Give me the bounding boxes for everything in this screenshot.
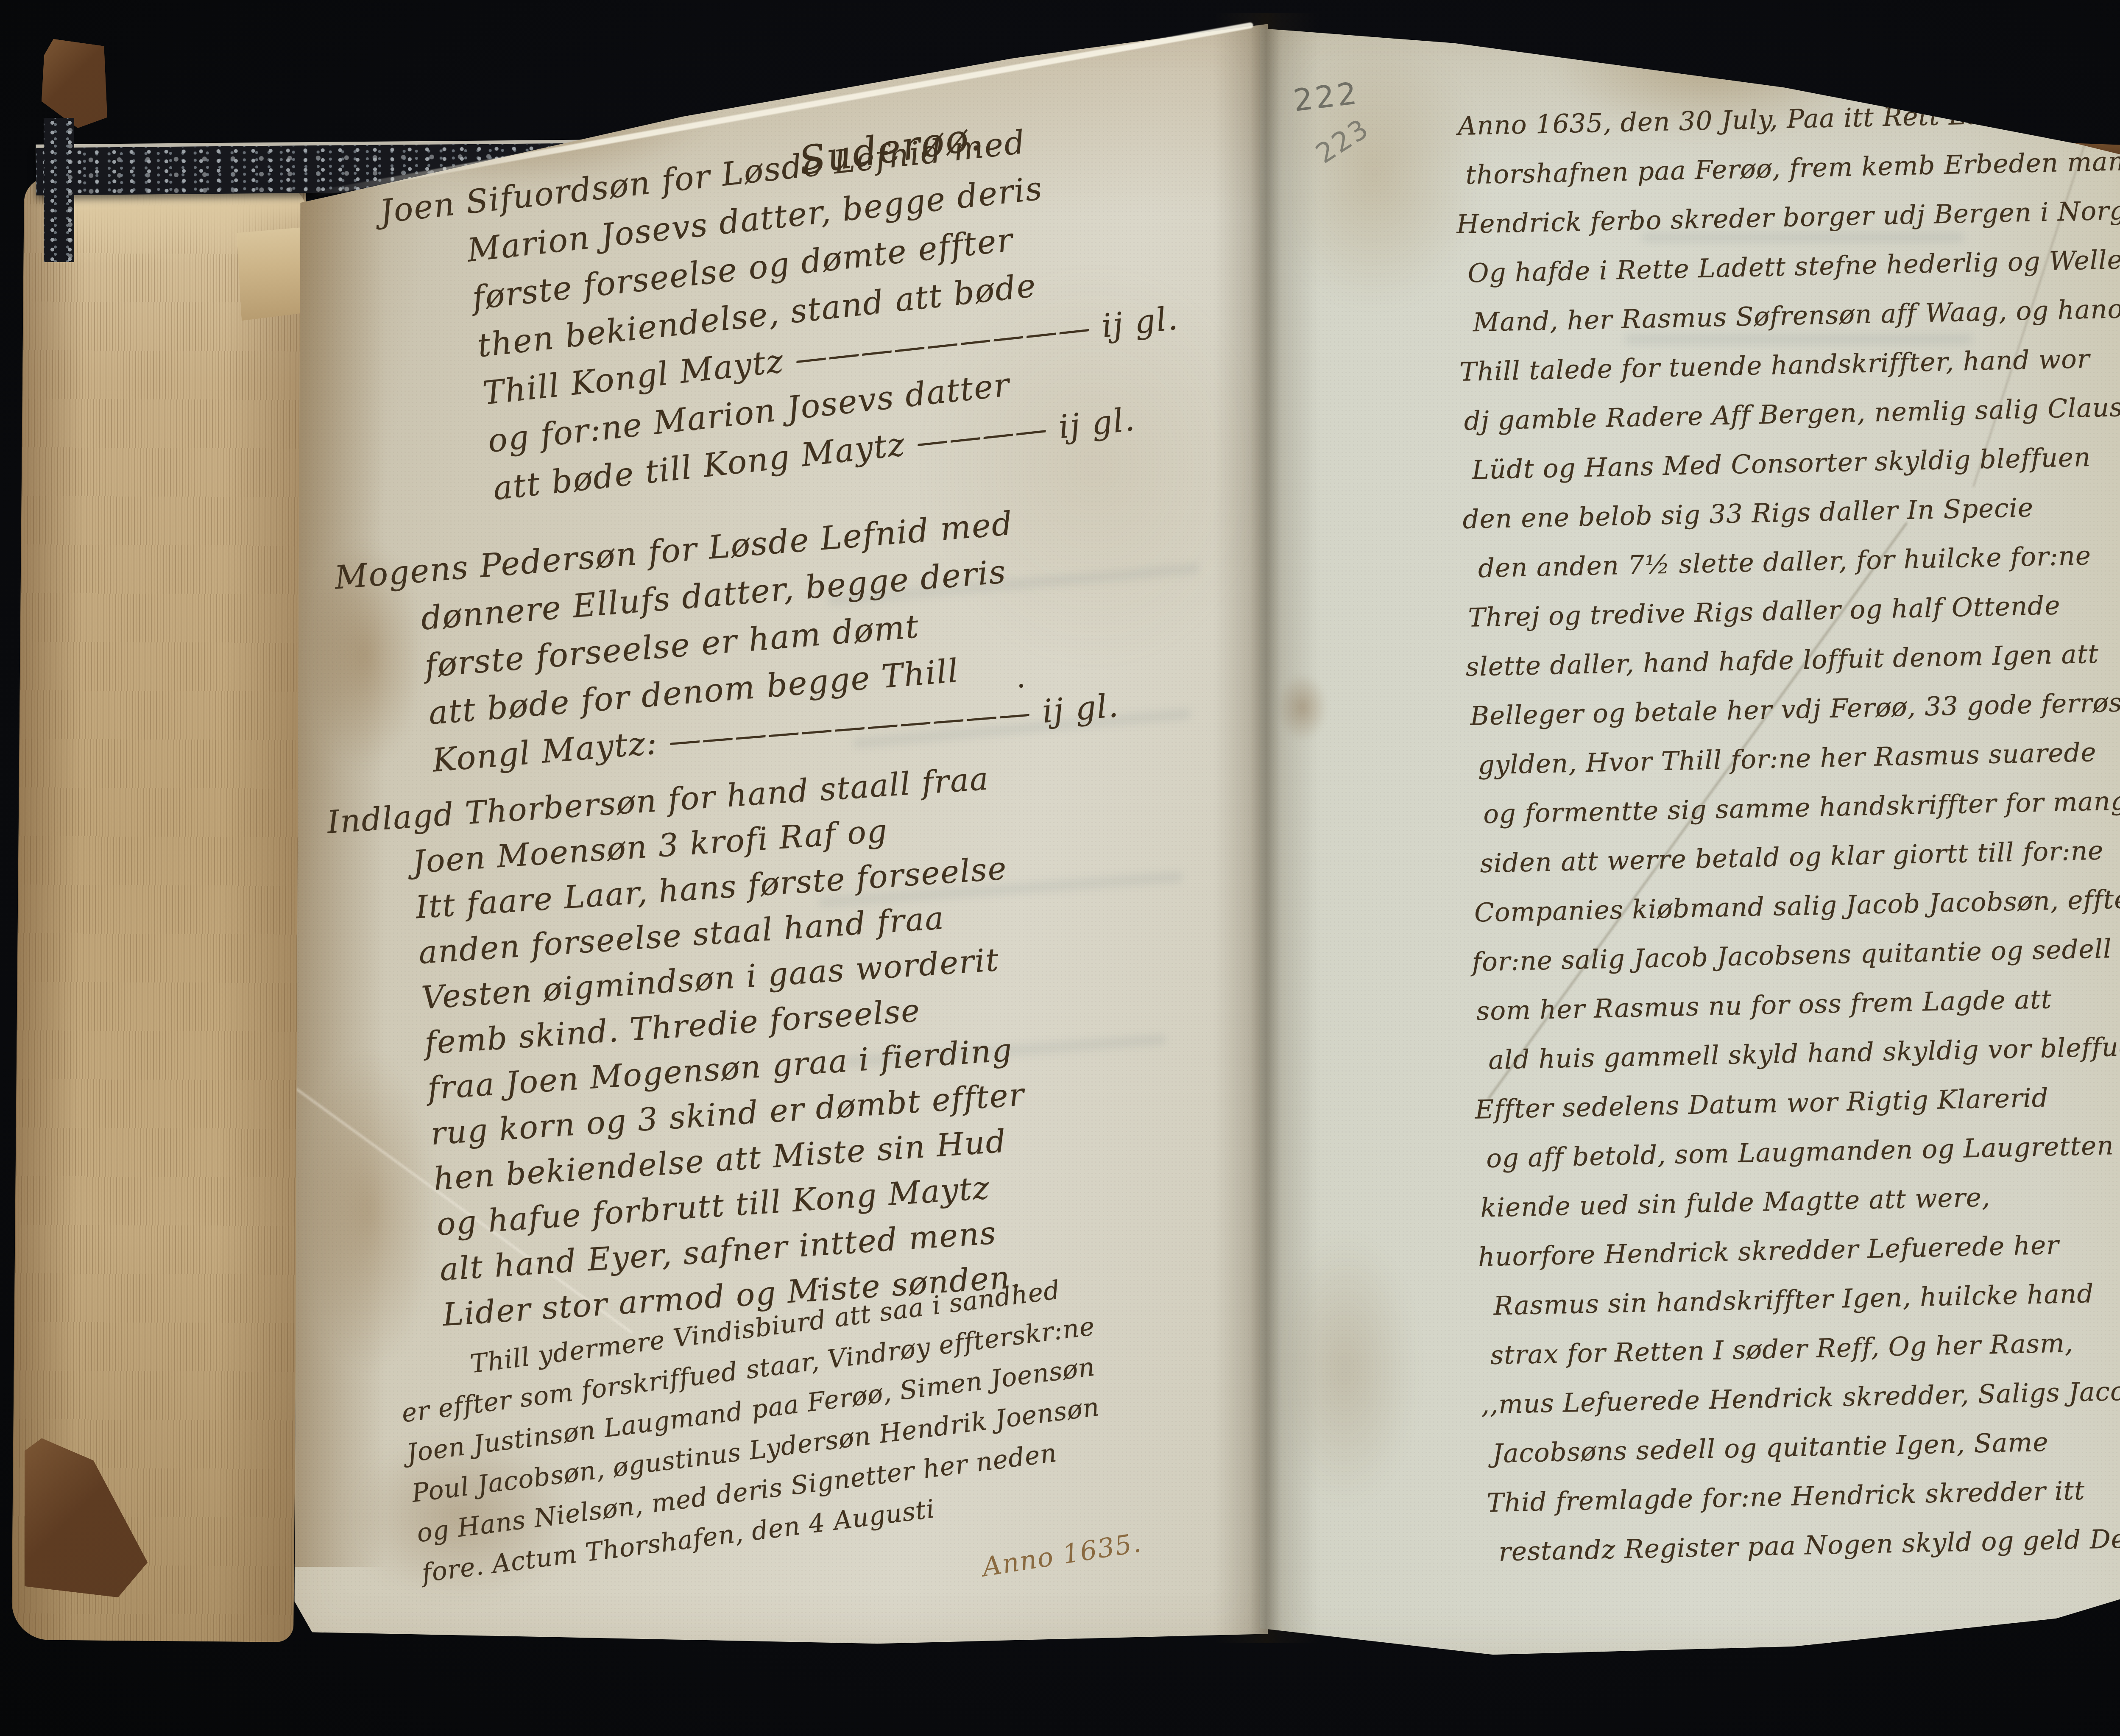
right-page: 222 223 Anno 1635, den 30 July, Paa itt …	[1260, 12, 2120, 1658]
manuscript-line: then bekiendelse, stand att bøde	[475, 246, 1175, 369]
manuscript-line: Anno 1635, den 30 July, Paa itt Rett Lau…	[1457, 86, 2120, 151]
court-entry-3: Indlagd Thorbersøn for hand staall fraaJ…	[326, 755, 1038, 1343]
archival-photograph: Suderøø. Joen Sifuordsøn for Løsde Lefni…	[0, 0, 2120, 1736]
manuscript-line: Joen Moensøn 3 krofi Raf og	[411, 801, 1008, 885]
court-entry-1: Joen Sifuordsøn for Løsde Lefnid medMari…	[377, 103, 1191, 522]
manuscript-line: Vesten øigmindsøn i gaas worderit	[420, 936, 1017, 1021]
manuscript-line: kiende ued sin fulde Magtte att were,	[1480, 1167, 2120, 1233]
manuscript-line: og for:ne Marion Josevs datter	[485, 342, 1186, 465]
manuscript-line: som her Rasmus nu for oss frem Lagde att	[1476, 971, 2120, 1036]
manuscript-line: Effter sedelens Datum wor Rigtig Klareri…	[1475, 1069, 2120, 1134]
manuscript-line: Thill talede for tuende handskriffter, h…	[1459, 332, 2120, 397]
manuscript-line: Marion Josevs datter, begge deris	[465, 151, 1165, 274]
manuscript-line: Poul Jacobsøn, øgustinus Lydersøn Hendri…	[410, 1386, 1107, 1514]
manuscript-line: Hendrick ferbo skreder borger udj Bergen…	[1456, 184, 2120, 249]
closing-date-note: Anno 1635.	[980, 1527, 1144, 1582]
manuscript-line: den ene belob sig 33 Rigs daller In Spec…	[1462, 479, 2120, 544]
manuscript-line: att bøde for denom begge Thill	[427, 634, 1117, 737]
manuscript-line: Threj og tredive Rigs daller og half Ott…	[1467, 577, 2120, 642]
court-entry-2: Mogens Pedersøn for Løsde Lefnid meddønn…	[333, 492, 1121, 791]
manuscript-line: Kongl Maytz: ——————————— ij gl.	[430, 682, 1121, 784]
manuscript-line: Companies kiøbmand salig Jacob Jacobsøn,…	[1474, 872, 2120, 938]
manuscript-line: Joen Justinsøn Laugmand paa Ferøø, Simen…	[404, 1346, 1102, 1474]
manuscript-line: Og hafde i Rette Ladett stefne hederlig …	[1467, 233, 2120, 299]
marbled-cover-paper-left	[44, 118, 74, 262]
page-block-left-fore-edge	[11, 177, 306, 1642]
folio-number-223: 223	[1311, 112, 1375, 170]
manuscript-line: alt hand Eyer, safner intted mens	[438, 1208, 1035, 1293]
manuscript-line: huorfore Hendrick skredder Lefuerede her	[1478, 1217, 2120, 1282]
left-page: Suderøø. Joen Sifuordsøn for Løsde Lefni…	[293, 19, 1268, 1645]
manuscript-line: og hafue forbrutt till Kong Maytz	[435, 1163, 1032, 1248]
manuscript-line: første forseelse er ham dømt	[423, 587, 1113, 689]
manuscript-line: hen bekiendelse att Miste sin Hud	[432, 1117, 1029, 1202]
manuscript-line: Joen Sifuordsøn for Løsde Lefnid med	[377, 103, 1160, 236]
manuscript-line: thorshafnen paa Ferøø, frem kemb Erbeden…	[1465, 135, 2120, 200]
manuscript-line: anden forseelse staal hand fraa	[417, 891, 1014, 976]
manuscript-line: Jacobsøns sedell og quitantie Igen, Same	[1492, 1413, 2120, 1479]
manuscript-line: Lüdt og Hans Med Consorter skyldig bleff…	[1471, 430, 2120, 495]
manuscript-line: strax for Retten I søder Reff, Og her Ra…	[1490, 1315, 2120, 1380]
leather-cover-top-left-corner	[42, 39, 107, 128]
manuscript-line: rug korn og 3 skind er dømbt effter	[429, 1072, 1026, 1157]
stain	[1264, 37, 1485, 309]
manuscript-line: femb skind. Thredie forseelse	[423, 982, 1020, 1066]
manuscript-line: den anden 7½ slette daller, for huilcke …	[1478, 528, 2120, 593]
folio-number-222: 222	[1291, 75, 1361, 118]
manuscript-line: første forseelse og dømte effter	[470, 198, 1170, 321]
manuscript-line: dj gamble Radere Aff Bergen, nemlig sali…	[1464, 381, 2120, 446]
manuscript-line: dønnere Ellufs datter, begge deris	[419, 540, 1109, 642]
manuscript-line: Belleger og betale her vdj Ferøø, 33 god…	[1470, 675, 2120, 741]
manuscript-line: restandz Register paa Nogen skyld og gel…	[1498, 1512, 2120, 1577]
court-record-text: Anno 1635, den 30 July, Paa itt Rett Lau…	[1457, 86, 2120, 1577]
manuscript-line: fraa Joen Mogensøn graa i fierding	[426, 1027, 1023, 1112]
manuscript-line: siden att werre betald og klar giortt ti…	[1479, 823, 2120, 888]
stain	[1277, 673, 1328, 741]
manuscript-line: Thid fremlagde for:ne Hendrick skredder …	[1486, 1462, 2120, 1528]
manuscript-line: slette daller, hand hafde loffuit denom …	[1465, 626, 2120, 692]
manuscript-line: og Hans Nielsøn, med deris Signetter her…	[415, 1426, 1113, 1554]
manuscript-line: og aff betold, som Laugmanden og Laugret…	[1486, 1118, 2120, 1183]
manuscript-line: Mand, her Rasmus Søfrensøn aff Waag, og …	[1473, 282, 2120, 348]
stain	[1273, 1233, 1417, 1504]
manuscript-line: for:ne salig Jacob Jacobsens quitantie o…	[1471, 921, 2120, 987]
manuscript-line: ,,mus Lefuerede Hendrick skredder, Salig…	[1481, 1364, 2120, 1429]
manuscript-line: Rasmus sin handskriffter Igen, huilcke h…	[1493, 1266, 2120, 1331]
manuscript-line: gylden, Hvor Thill for:ne her Rasmus sua…	[1478, 725, 2120, 790]
manuscript-line: Itt faare Laar, hans første forseelse	[414, 846, 1011, 931]
manuscript-line: ald huis gammell skyld hand skyldig vor …	[1488, 1020, 2120, 1085]
manuscript-line: Thill Kongl Maytz ————————— ij gl.	[480, 294, 1181, 417]
manuscript-line: og formentte sig samme handskriffter for…	[1483, 774, 2120, 839]
